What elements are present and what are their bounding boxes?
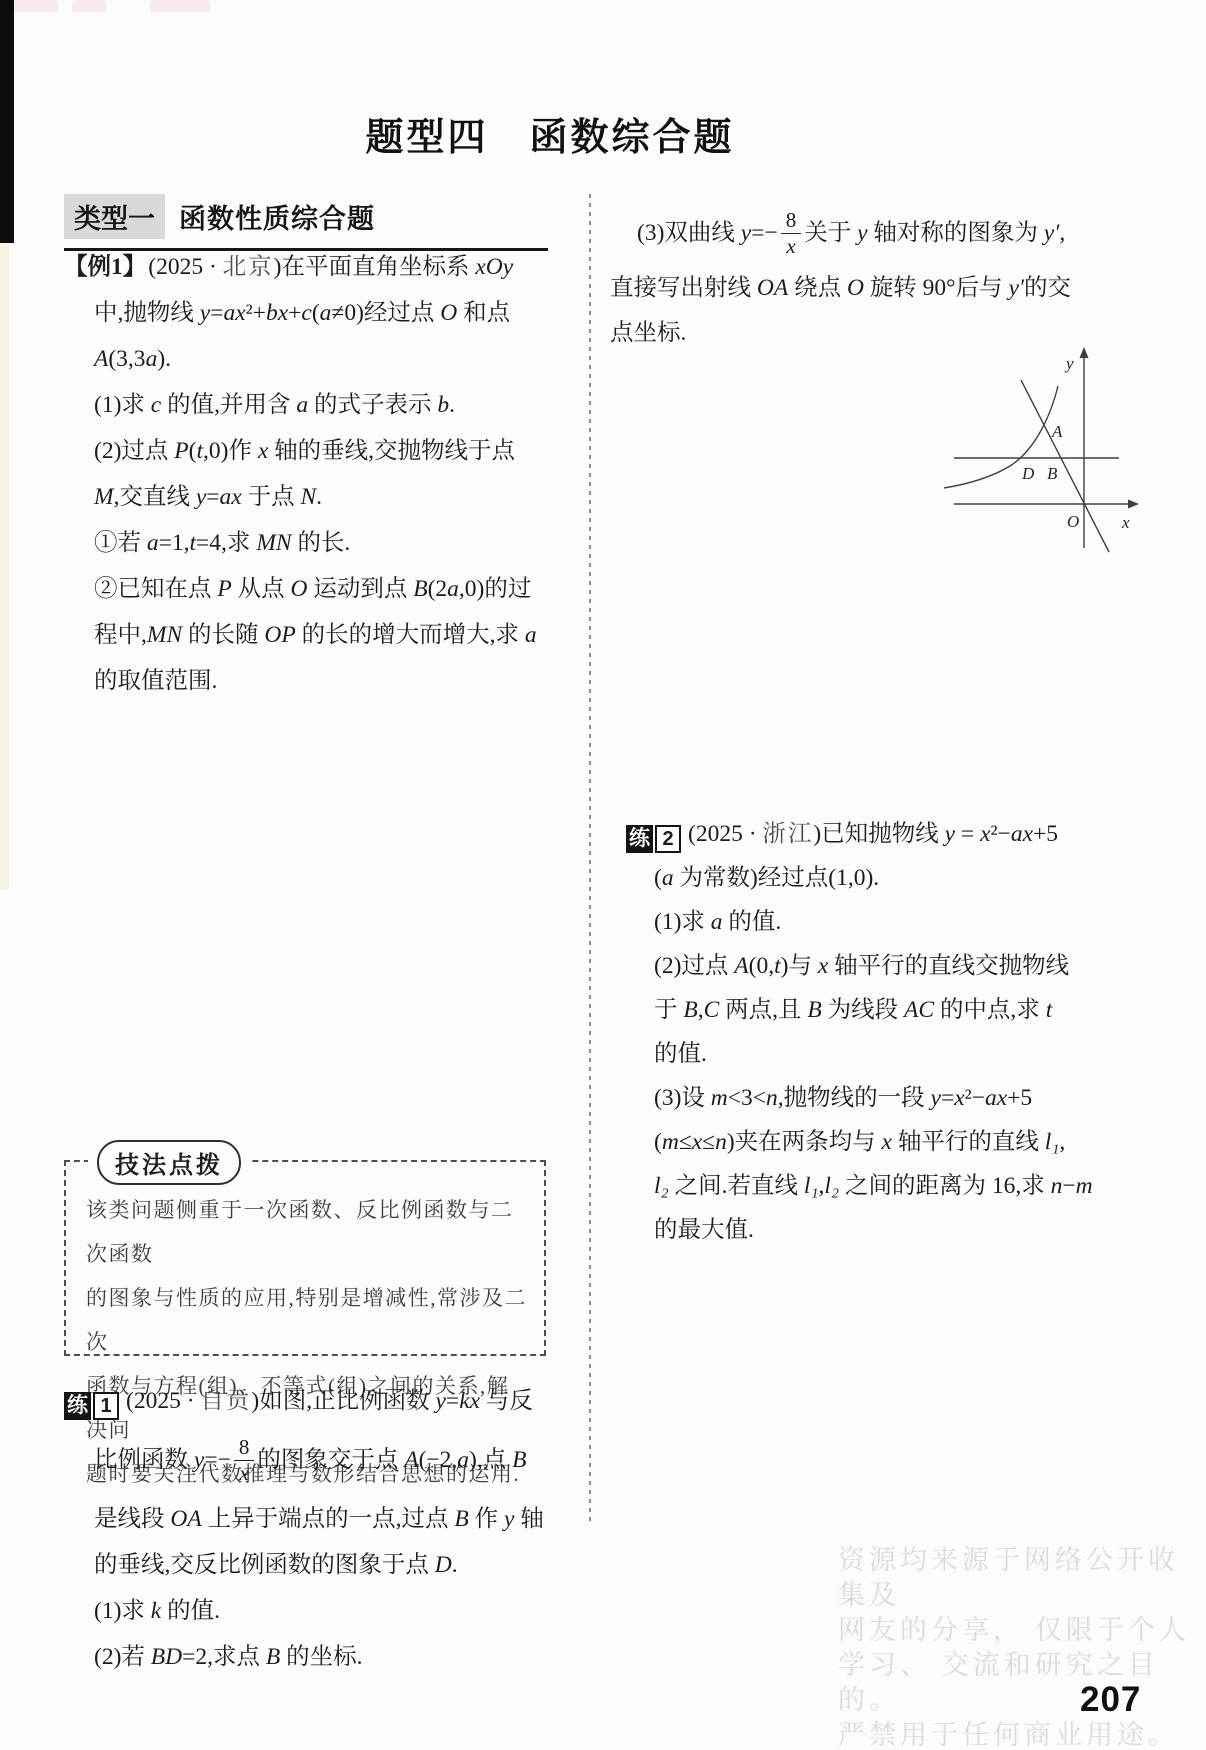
text-segment: 关于 y 轴对称的图象为 y′, [804,210,1065,256]
source-province: 北京 [223,254,274,280]
practice-badge-number: 1 [93,1392,119,1420]
practice1-block: 练1(2025 · 自贡)如图,正比例函数 y=kx 与反 比例函数 y=−8x… [64,1378,564,1680]
text-line: 程中,MN 的长随 OP 的长的增大而增大,求 a [64,612,558,658]
example1-label: 【例1】 [64,254,146,280]
hyperbola-curve [944,386,1058,488]
practice-badge-char: 练 [64,1392,91,1420]
watermark-line: 严禁用于任何商业用途。 [838,1718,1206,1750]
fraction: 8x [234,1435,255,1484]
text-line: M,交直线 y=ax 于点 N. [64,474,558,520]
text-segment: (3)双曲线 y=− [637,210,778,256]
text-line-fraction: (3)双曲线 y=−8x关于 y 轴对称的图象为 y′, [610,200,1140,266]
fraction-numerator: 8 [781,208,802,233]
text-line: (2)若 BD=2,求点 B 的坐标. [64,1634,564,1680]
section-header: 类型一 函数性质综合题 [64,194,548,251]
text-line: 的图象与性质的应用,特别是增减性,常涉及二次 [86,1276,530,1364]
fraction: 8x [781,208,802,257]
section-badge: 类型一 [64,194,165,239]
watermark-line: 资源均来源于网络公开收集及 [838,1543,1206,1613]
source-province: 自贡 [200,1388,251,1414]
text-line: (2)过点 A(0,t)与 x 轴平行的直线交抛物线 [626,944,1171,988]
label-a: A [1051,422,1063,441]
watermark: 资源均来源于网络公开收集及 网友的分享， 仅限于个人 学习、 交流和研究之目的。… [838,1543,1206,1750]
tips-label: 技法点拨 [97,1140,241,1185]
practice-badge-char: 练 [626,825,653,853]
text-line: 练2(2025 · 浙江)已知抛物线 y = x²−ax+5 [626,812,1171,856]
fraction-numerator: 8 [234,1435,255,1460]
source-open: (2025 · [688,821,762,847]
watermark-line: 网友的分享， 仅限于个人 [838,1613,1206,1648]
page-title: 题型四 函数综合题 [0,106,1100,161]
text-line: 练1(2025 · 自贡)如图,正比例函数 y=kx 与反 [64,1378,564,1424]
text-line: (a 为常数)经过点(1,0). [626,856,1171,900]
source-open: (2025 · [126,1388,200,1414]
label-b: B [1047,464,1058,483]
practice2-block: 练2(2025 · 浙江)已知抛物线 y = x²−ax+5 (a 为常数)经过… [626,812,1171,1252]
text-line: A(3,3a). [64,336,558,382]
text-segment: 比例函数 y=− [94,1437,231,1483]
example1-block: 【例1】(2025 · 北京)在平面直角坐标系 xOy 中,抛物线 y=ax²+… [64,244,558,704]
text-segment: )如图,正比例函数 y=kx 与反 [251,1388,533,1414]
text-line: 的取值范围. [64,658,558,704]
text-line: 的值. [626,1032,1171,1076]
text-segment: )已知抛物线 y = x²−ax+5 [813,821,1058,847]
tips-box: 技法点拨 该类问题侧重于一次函数、反比例函数与二次函数 的图象与性质的应用,特别… [64,1160,546,1356]
practice-badge: 练2 [626,825,681,853]
label-o: O [1067,512,1079,531]
label-y: y [1064,354,1074,373]
text-line: l₂ 之间.若直线 l₁,l₂ 之间的距离为 16,求 n−m [626,1164,1171,1208]
page-number: 207 [1080,1680,1141,1720]
label-x: x [1121,513,1130,532]
y-axis-arrow [1080,347,1089,358]
text-line: (1)求 c 的值,并用含 a 的式子表示 b. [64,382,558,428]
coordinate-figure: y x O A D B [926,342,1158,554]
text-line: (m≤x≤n)夹在两条均与 x 轴平行的直线 l₁, [626,1120,1171,1164]
text-line: (2)过点 P(t,0)作 x 轴的垂线,交抛物线于点 [64,428,558,474]
text-line-fraction: 比例函数 y=−8x的图象交于点 A(−2,a),点 B [64,1424,564,1496]
text-line: 的垂线,交反比例函数的图象于点 D. [64,1542,564,1588]
watermark-line: 学习、 交流和研究之目的。 [838,1648,1206,1718]
column-divider [589,194,591,1526]
text-line: 【例1】(2025 · 北京)在平面直角坐标系 xOy [64,244,558,290]
x-axis-arrow [1128,500,1139,509]
scan-artifact-marks [0,0,224,18]
text-line: ②已知在点 P 从点 O 运动到点 B(2a,0)的过 [64,566,558,612]
text-segment: 的图象交于点 A(−2,a),点 B [257,1437,526,1483]
fraction-denominator: x [781,234,800,258]
source-open: (2025 · [148,254,222,280]
text-line: 中,抛物线 y=ax²+bx+c(a≠0)经过点 O 和点 [64,290,558,336]
text-line: 该类问题侧重于一次函数、反比例函数与二次函数 [86,1188,530,1276]
text-line: 于 B,C 两点,且 B 为线段 AC 的中点,求 t [626,988,1171,1032]
practice-badge-number: 2 [655,825,681,853]
tips-label-wrap: 技法点拨 [88,1140,250,1185]
text-line: ①若 a=1,t=4,求 MN 的长. [64,520,558,566]
figure-svg: y x O A D B [926,342,1158,554]
scan-mark [72,0,106,12]
section-title: 函数性质综合题 [179,197,375,236]
practice-badge: 练1 [64,1392,119,1420]
text-line: (1)求 a 的值. [626,900,1171,944]
text-line: (3)设 m<3<n,抛物线的一段 y=x²−ax+5 [626,1076,1171,1120]
text-segment: )在平面直角坐标系 xOy [274,254,514,280]
text-line: 的最大值. [626,1208,1171,1252]
scan-mark [150,0,210,12]
source-province: 浙江 [762,821,813,847]
textbook-page: 题型四 函数综合题 类型一 函数性质综合题 【例1】(2025 · 北京)在平面… [0,0,1206,1750]
part3-block: (3)双曲线 y=−8x关于 y 轴对称的图象为 y′, 直接写出射线 OA 绕… [610,200,1140,356]
text-line: 直接写出射线 OA 绕点 O 旋转 90°后与 y′的交 [610,266,1140,311]
fraction-denominator: x [234,1461,253,1485]
label-d: D [1021,464,1035,483]
text-line: (1)求 k 的值. [64,1588,564,1634]
text-line: 是线段 OA 上异于端点的一点,过点 B 作 y 轴 [64,1496,564,1542]
